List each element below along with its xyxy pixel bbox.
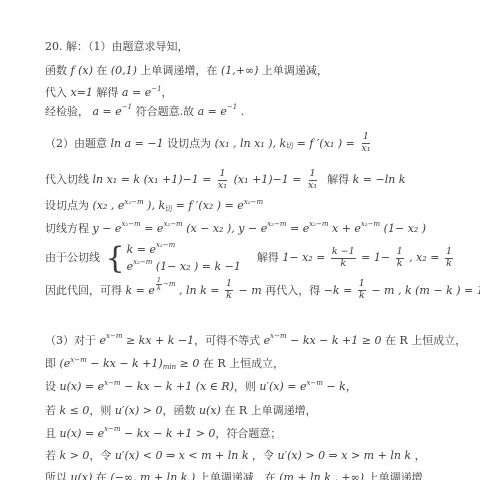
text-run: 代入 bbox=[45, 86, 71, 99]
text-run: 解得 bbox=[243, 251, 282, 264]
fraction-numerator: 1 bbox=[218, 169, 226, 181]
math-run: ln x₁ = k (x₁ +1)−1 = bbox=[93, 173, 215, 186]
math-run: a = e bbox=[122, 86, 151, 99]
text-run: 因此代回，可得 bbox=[45, 284, 126, 297]
math-run: a = e bbox=[93, 105, 122, 118]
text-run: ， bbox=[162, 86, 173, 99]
text-run: 且 bbox=[45, 427, 60, 440]
fraction: 1x₁ bbox=[360, 132, 371, 155]
math-run: = 1− bbox=[358, 251, 394, 264]
math-run: − kx − k +1) bbox=[87, 357, 163, 370]
solution-line-17: 所以 u(x) 在 (−∞, m + ln k ) 上单调递减，在 (m + l… bbox=[45, 471, 454, 480]
text-run: ，可得不等式 bbox=[194, 334, 264, 347]
superscript: x₂−m bbox=[244, 198, 263, 206]
fraction-denominator: k bbox=[445, 259, 453, 270]
fraction: 1k bbox=[225, 279, 233, 302]
fraction: 1x₁ bbox=[307, 169, 318, 192]
text-run: 所以 bbox=[45, 471, 71, 480]
superscript: x₂−m bbox=[309, 220, 328, 228]
math-run: (−∞, m + ln k ) bbox=[110, 471, 195, 480]
text-run: 上单调递增 bbox=[364, 471, 423, 480]
math-run: a = e bbox=[198, 105, 227, 118]
fraction-denominator: x₁ bbox=[217, 181, 228, 192]
math-run: ), k bbox=[144, 199, 165, 212]
fraction: 1x₁ bbox=[217, 169, 228, 192]
math-run: (x₁ +1)−1 = bbox=[230, 173, 305, 186]
math-run: u(x) bbox=[71, 471, 93, 480]
solution-line-12: 即 (ex−m − kx − k +1)min ≥ 0 在 R 上恒成立， bbox=[45, 357, 454, 370]
text-run: ，令 bbox=[89, 449, 115, 462]
solution-line-16: 若 k > 0，令 u′(x) < 0 ⇒ x < m + ln k ，令 u′… bbox=[45, 449, 454, 462]
solution-line-14: 若 k ≤ 0，则 u′(x) > 0，函数 u(x) 在 R 上单调递增， bbox=[45, 404, 454, 417]
math-run: (1,+∞) bbox=[221, 64, 258, 77]
solution-line-1: 20. 解：（1）由题意求导知， bbox=[45, 40, 454, 53]
text-run: 在 bbox=[93, 64, 111, 77]
math-run: f (x) bbox=[71, 64, 93, 77]
superscript: x₂−m bbox=[156, 241, 175, 249]
math-run: (e bbox=[60, 357, 71, 370]
superscript: −1 bbox=[122, 103, 132, 111]
system-row-2: ex₂−m (1− x₂ ) = k −1 bbox=[127, 260, 241, 273]
text-run: 即 bbox=[45, 357, 60, 370]
text-run: 若 bbox=[45, 404, 60, 417]
text-run: 在 R 上恒成立， bbox=[199, 357, 284, 370]
math-run: u′(x) > 0 ⇒ x > m + ln k bbox=[277, 449, 411, 462]
fraction: 1k bbox=[445, 247, 453, 270]
text-run: 切线方程 bbox=[45, 222, 93, 235]
superscript: x₂−m bbox=[121, 220, 140, 228]
subscript: 切 bbox=[286, 142, 293, 150]
solution-line-5: （2）由题意 ln a = −1 设切点为 (x₁ , ln x₁ ), k切 … bbox=[45, 132, 454, 155]
math-run: = f ′(x₂ ) = e bbox=[172, 199, 244, 212]
math-run: − kx − k +1 ≥ 0 bbox=[287, 334, 382, 347]
math-run: k = e bbox=[126, 284, 155, 297]
text-run: ，则 bbox=[89, 404, 115, 417]
math-run: (x₂ , e bbox=[93, 199, 125, 212]
solution-line-2: 函数 f (x) 在 (0,1) 上单调递增，在 (1,+∞) 上单调递减， bbox=[45, 64, 454, 77]
math-run: (0,1) bbox=[111, 64, 137, 77]
fraction-denominator: k bbox=[156, 285, 162, 292]
text-run: 20. 解：（1）由题意求导知， bbox=[45, 40, 189, 53]
superscript: x−m bbox=[104, 425, 120, 433]
math-run: − kx − k +1 (x ∈ R) bbox=[121, 380, 234, 393]
text-run: 再代入，得 bbox=[262, 284, 324, 297]
math-run: − m , k (m − k ) = 1 bbox=[368, 284, 480, 297]
fraction-denominator: k bbox=[358, 291, 366, 302]
math-run: y − e bbox=[93, 222, 122, 235]
math-run: = e bbox=[141, 222, 164, 235]
math-run: = e bbox=[287, 222, 310, 235]
text-run: 设切点为 bbox=[45, 199, 93, 212]
math-run: − kx − k +1 > 0 bbox=[121, 427, 216, 440]
math-run: − m bbox=[235, 284, 262, 297]
math-run: ≥ kx + k −1 bbox=[122, 334, 194, 347]
math-run: (m + ln k , +∞) bbox=[279, 471, 364, 480]
text-run: 函数 bbox=[45, 64, 71, 77]
text-run: 由于公切线 bbox=[45, 251, 104, 264]
math-run: u′(x) = e bbox=[259, 380, 306, 393]
math-run: u′(x) < 0 ⇒ x < m + ln k bbox=[115, 449, 249, 462]
math-run: (x − x₂ ), y − e bbox=[183, 222, 268, 235]
superscript: −1 bbox=[151, 85, 161, 93]
text-run: ，则 bbox=[234, 380, 260, 393]
math-run: u(x) bbox=[199, 404, 221, 417]
text-run: 在 R 上单调递增， bbox=[221, 404, 317, 417]
math-run: ≥ 0 bbox=[176, 357, 199, 370]
superscript: x−m bbox=[307, 379, 323, 387]
superscript: x−m bbox=[270, 332, 286, 340]
exponent-group: 1k−m bbox=[155, 277, 176, 292]
text-run: ， bbox=[411, 449, 426, 462]
subscript: 切 bbox=[165, 205, 172, 213]
system-rows: k = ex₂−mex₂−m (1− x₂ ) = k −1 bbox=[127, 243, 241, 273]
math-run: 1− x₂ = bbox=[282, 251, 329, 264]
text-run: （2）由题意 bbox=[45, 137, 111, 150]
text-run: 经检验， bbox=[45, 105, 93, 118]
math-run: , x₂ = bbox=[406, 251, 443, 264]
superscript: x₂−m bbox=[267, 220, 286, 228]
math-run: u(x) = e bbox=[60, 427, 105, 440]
text-run: 上单调递减， bbox=[258, 64, 328, 77]
math-run: = f ′(x₁ ) = bbox=[293, 137, 358, 150]
superscript: x₂−m bbox=[361, 220, 380, 228]
system-row-1: k = ex₂−m bbox=[127, 243, 241, 256]
solution-line-15: 且 u(x) = ex−m − kx − k +1 > 0，符合题意； bbox=[45, 427, 454, 440]
text-run: 在 bbox=[92, 471, 110, 480]
fraction-denominator: x₁ bbox=[307, 181, 318, 192]
text-run: 解得 bbox=[320, 173, 353, 186]
text-run: ，令 bbox=[248, 449, 277, 462]
solution-line-13: 设 u(x) = ex−m − kx − k +1 (x ∈ R)，则 u′(x… bbox=[45, 380, 454, 393]
text-run: ，符合题意； bbox=[215, 427, 281, 440]
text-run: 解得 bbox=[93, 86, 122, 99]
fraction-denominator: k bbox=[339, 259, 347, 270]
brace-glyph: { bbox=[106, 245, 125, 272]
fraction-numerator: 1 bbox=[445, 247, 453, 259]
math-run: (1− x₂ ) = k −1 bbox=[152, 260, 241, 273]
math-run: −k = bbox=[324, 284, 356, 297]
fraction: 1k bbox=[396, 247, 404, 270]
math-run: (x₁ , ln x₁ ), k bbox=[215, 137, 287, 150]
text-run: 符合题意.故 bbox=[132, 105, 198, 118]
text-run: 在 R 上恒成立， bbox=[381, 334, 466, 347]
fraction-denominator: k bbox=[225, 291, 233, 302]
superscript: x−m bbox=[70, 356, 86, 364]
math-run: ln a = −1 bbox=[111, 137, 164, 150]
solution-line-11: （3）对于 ex−m ≥ kx + k −1，可得不等式 ex−m − kx −… bbox=[45, 334, 454, 347]
solution-line-6: 代入切线 ln x₁ = k (x₁ +1)−1 = 1x₁ (x₁ +1)−1… bbox=[45, 169, 454, 192]
text-run: ，函数 bbox=[162, 404, 199, 417]
math-run: , ln k = bbox=[176, 284, 223, 297]
solution-line-3: 代入 x=1 解得 a = e−1， bbox=[45, 86, 454, 99]
solution-line-7: 设切点为 (x₂ , ex₂−m ), k切 = f ′(x₂ ) = ex₂−… bbox=[45, 199, 454, 212]
fraction-denominator: k bbox=[396, 259, 404, 270]
math-run: k > 0 bbox=[60, 449, 90, 462]
solution-line-8: 切线方程 y − ex₂−m = ex₂−m (x − x₂ ), y − ex… bbox=[45, 222, 454, 235]
text-run: 上单调递减，在 bbox=[195, 471, 279, 480]
fraction: 1k bbox=[358, 279, 366, 302]
text-run: 代入切线 bbox=[45, 173, 93, 186]
math-run: k = e bbox=[127, 243, 156, 256]
math-run: k ≤ 0 bbox=[60, 404, 90, 417]
fraction-numerator: 1 bbox=[309, 169, 317, 181]
solution-line-9: 由于公切线 {k = ex₂−mex₂−m (1− x₂ ) = k −1 解得… bbox=[45, 243, 454, 273]
text-run: 若 bbox=[45, 449, 60, 462]
math-run: x + e bbox=[329, 222, 361, 235]
fraction-numerator: k −1 bbox=[331, 247, 356, 259]
text-run: 设 bbox=[45, 380, 60, 393]
fraction: k −1k bbox=[331, 247, 356, 270]
document-page: 20. 解：（1）由题意求导知， 函数 f (x) 在 (0,1) 上单调递增，… bbox=[0, 0, 480, 480]
text-run: 设切点为 bbox=[164, 137, 215, 150]
math-run: k = −ln k bbox=[353, 173, 406, 186]
fraction-numerator: 1 bbox=[396, 247, 404, 259]
superscript: x₂−m bbox=[133, 258, 152, 266]
superscript: x−m bbox=[104, 379, 120, 387]
superscript: x₂−m bbox=[124, 198, 143, 206]
solution-line-10: 因此代回，可得 k = e1k−m , ln k = 1k − m 再代入，得 … bbox=[45, 279, 454, 302]
superscript: −1 bbox=[227, 103, 237, 111]
superscript: x₂−m bbox=[163, 220, 182, 228]
text-run: ， bbox=[346, 380, 357, 393]
math-run: u(x) = e bbox=[60, 380, 105, 393]
text-run: 上单调递增，在 bbox=[137, 64, 221, 77]
equation-system: {k = ex₂−mex₂−m (1− x₂ ) = k −1 bbox=[106, 243, 241, 273]
text-run: （3）对于 bbox=[45, 334, 100, 347]
fraction-numerator: 1 bbox=[362, 132, 370, 144]
math-run: −m bbox=[163, 280, 176, 288]
math-run: x=1 bbox=[71, 86, 93, 99]
math-run: − k bbox=[323, 380, 346, 393]
subscript: min bbox=[163, 363, 176, 371]
math-run: u′(x) > 0 bbox=[115, 404, 163, 417]
text-run: . bbox=[237, 105, 244, 118]
math-run: (1− x₂ ) bbox=[380, 222, 426, 235]
solution-line-4: 经检验， a = e−1 符合题意.故 a = e−1 . bbox=[45, 105, 454, 118]
superscript: x−m bbox=[106, 332, 122, 340]
fraction: 1k bbox=[156, 277, 162, 292]
fraction-denominator: x₁ bbox=[360, 144, 371, 155]
